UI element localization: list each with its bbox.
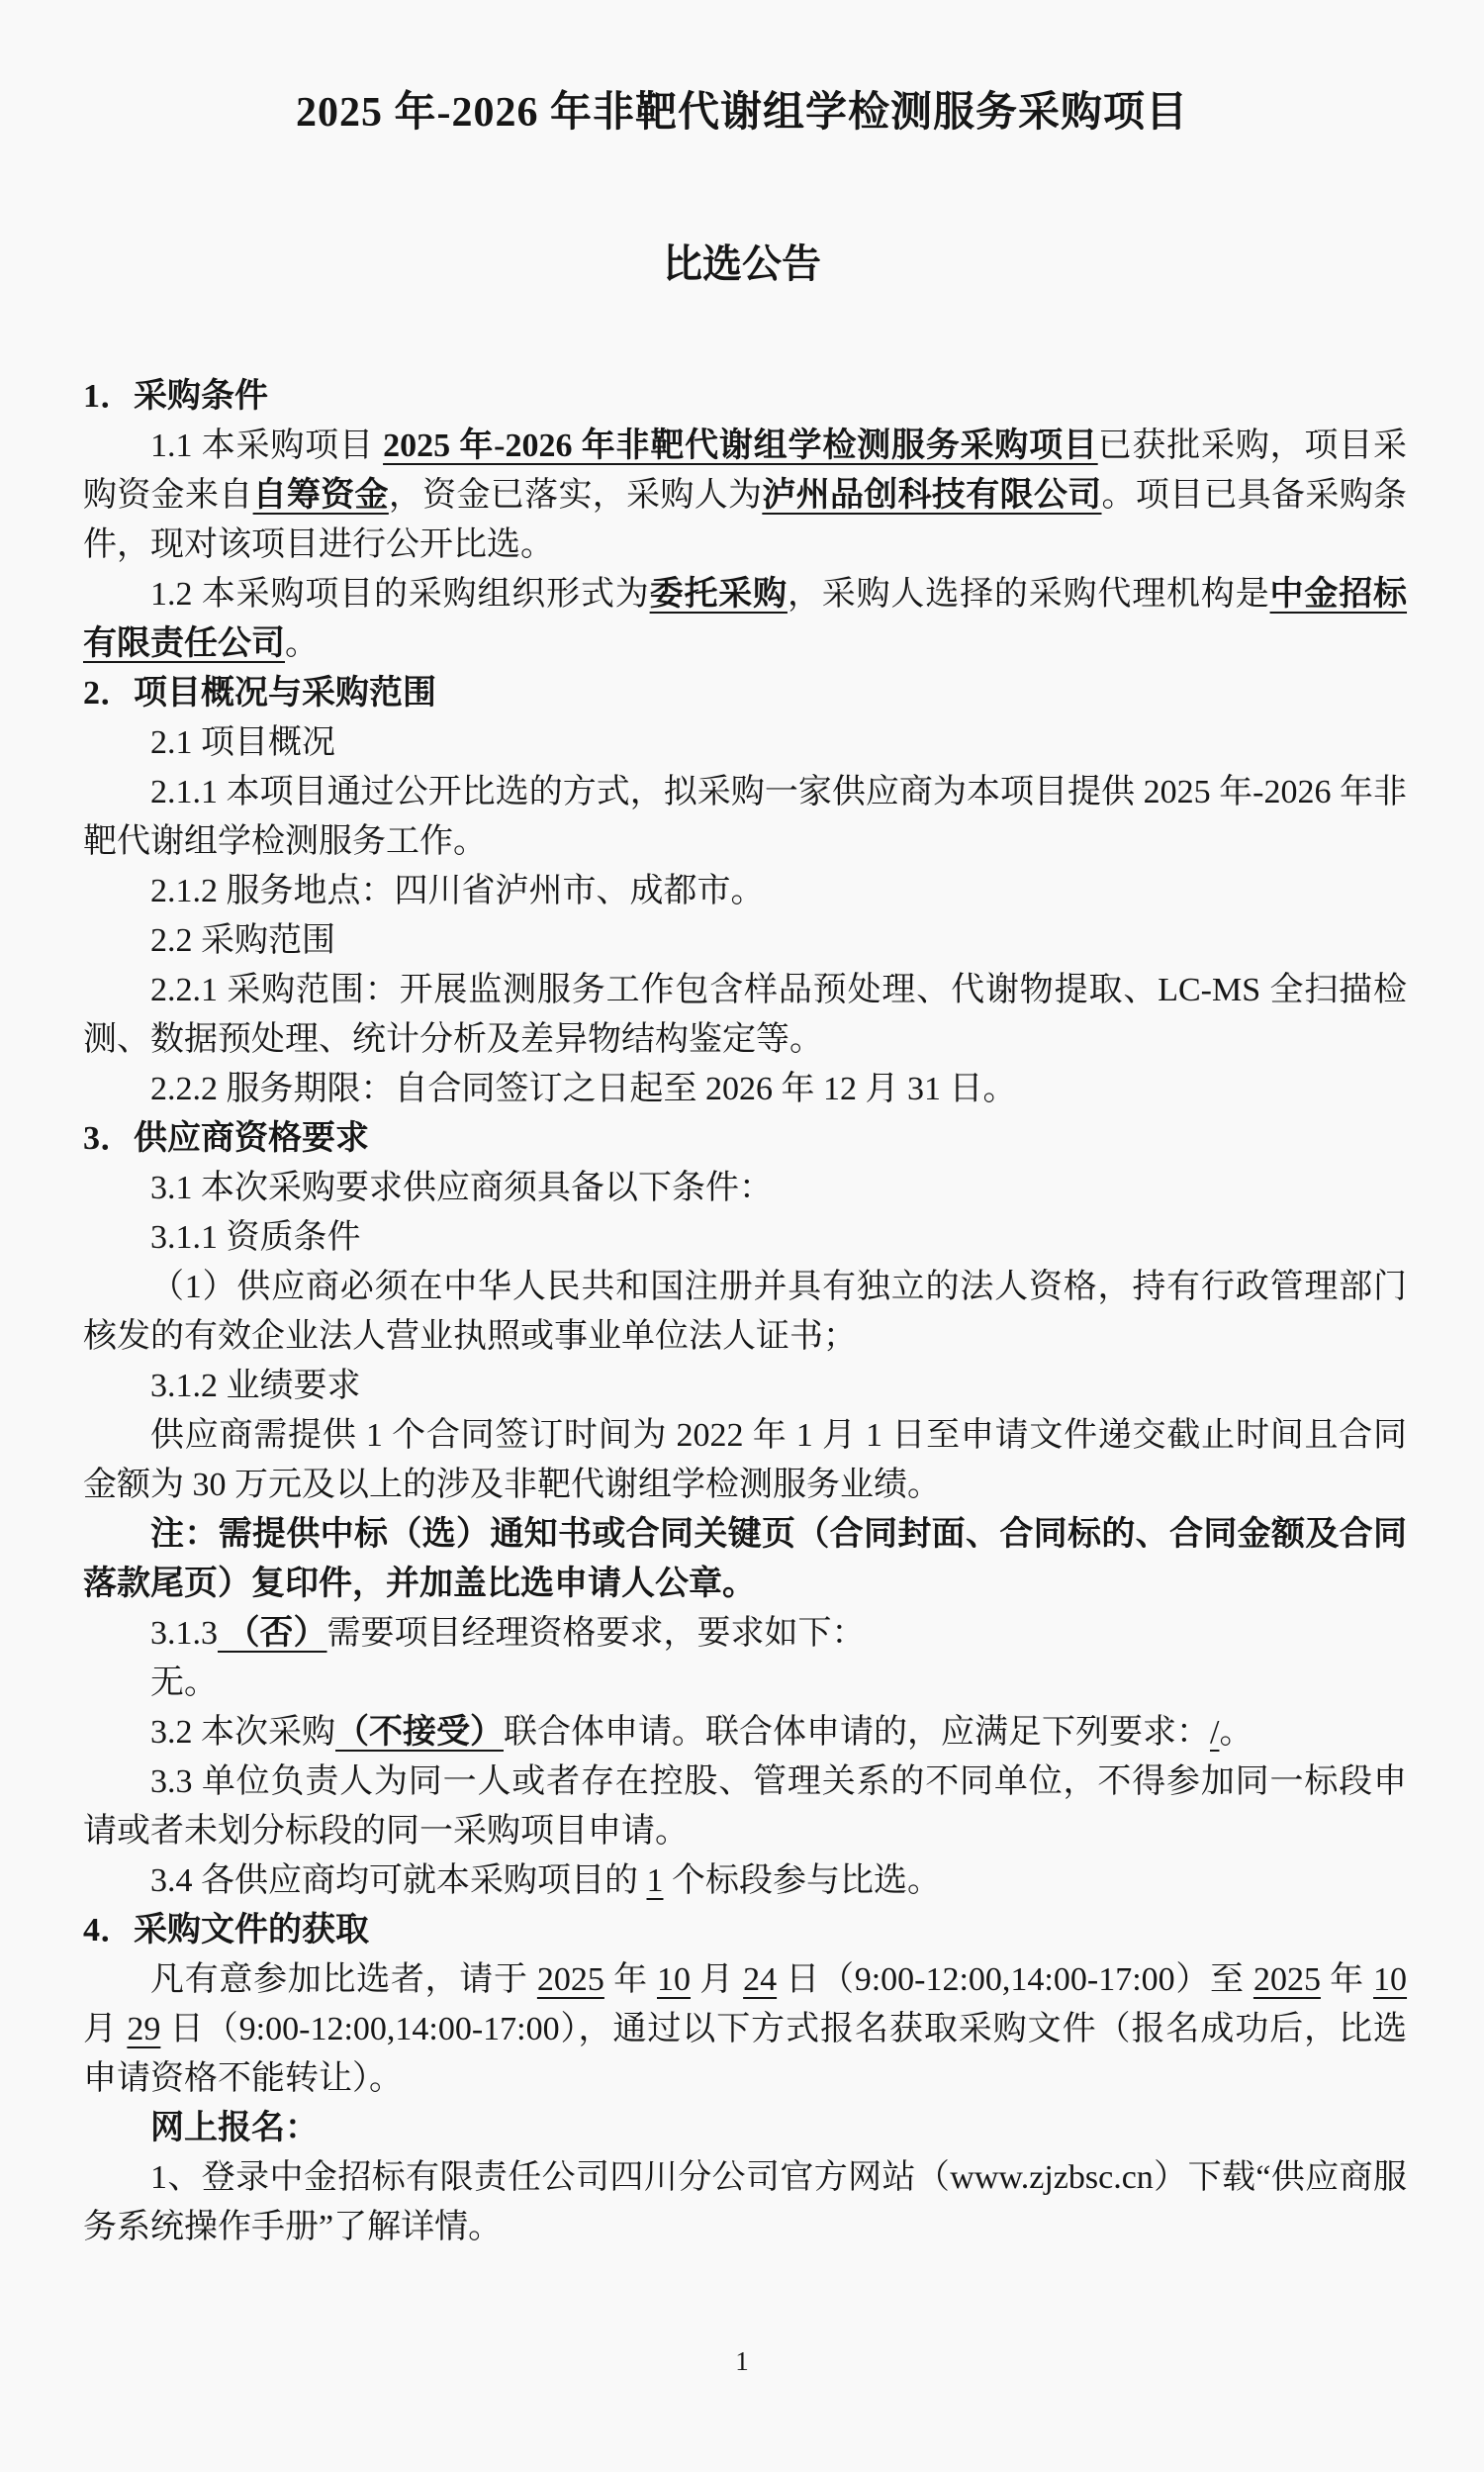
- paragraph: 1、登录中金招标有限责任公司四川分公司官方网站（www.zjzbsc.cn）下载…: [83, 2153, 1407, 2252]
- text-run: 年: [1321, 1961, 1373, 1998]
- paragraph: 2.1.1 本项目通过公开比选的方式，拟采购一家供应商为本项目提供 2025 年…: [83, 768, 1407, 867]
- text-run: 3.1.2 业绩要求: [150, 1368, 361, 1404]
- paragraph: 供应商需提供 1 个合同签订时间为 2022 年 1 月 1 日至申请文件递交截…: [83, 1411, 1407, 1510]
- text-run: 24: [743, 1961, 777, 1998]
- text-run: 2.1.1 本项目通过公开比选的方式，拟采购一家供应商为本项目提供 2025 年…: [83, 774, 1407, 860]
- text-run: 2．项目概况与采购范围: [83, 675, 436, 712]
- paragraph: 1.2 本采购项目的采购组织形式为委托采购，采购人选择的采购代理机构是中金招标有…: [83, 570, 1407, 669]
- paragraph: 网上报名：: [83, 2104, 1407, 2153]
- text-run: 3.1.3: [150, 1615, 218, 1652]
- paragraph: 3.2 本次采购（不接受）联合体申请。联合体申请的，应满足下列要求：/。: [83, 1708, 1407, 1758]
- text-run: 2.2 采购范围: [150, 922, 335, 959]
- text-run: 10: [1373, 1961, 1407, 1998]
- text-run: 3.4 各供应商均可就本采购项目的: [150, 1862, 647, 1899]
- paragraph: 2.1.2 服务地点：四川省泸州市、成都市。: [83, 867, 1407, 916]
- text-run: 3.1.1 资质条件: [150, 1219, 361, 1256]
- paragraph: 注：需提供中标（选）通知书或合同关键页（合同封面、合同标的、合同金额及合同落款尾…: [83, 1510, 1407, 1609]
- paragraph: 2.2.1 采购范围：开展监测服务工作包含样品预处理、代谢物提取、LC-MS 全…: [83, 966, 1407, 1065]
- text-run: 。: [1219, 1714, 1252, 1751]
- paragraph: （1）供应商必须在中华人民共和国注册并具有独立的法人资格，持有行政管理部门核发的…: [83, 1263, 1407, 1362]
- text-run: 2025: [537, 1961, 604, 1998]
- document-subtitle: 比选公告: [0, 239, 1484, 289]
- text-run: 网上报名：: [150, 2110, 319, 2146]
- paragraph: 2.1 项目概况: [83, 718, 1407, 768]
- text-run: 4．采购文件的获取: [83, 1912, 369, 1949]
- document-page: 2025 年-2026 年非靶代谢组学检测服务采购项目 比选公告 1．采购条件1…: [0, 0, 1484, 2472]
- text-run: 个标段参与比选。: [664, 1862, 942, 1899]
- text-run: 无。: [150, 1664, 218, 1701]
- text-run: 年: [604, 1961, 657, 1998]
- text-run: 10: [657, 1961, 691, 1998]
- page-number: 1: [735, 2346, 749, 2376]
- text-run: 1.2 本采购项目的采购组织形式为: [150, 576, 650, 613]
- text-run: （不接受）: [335, 1714, 504, 1751]
- text-run: 2025: [1253, 1961, 1321, 1998]
- paragraph: 2.2 采购范围: [83, 916, 1407, 966]
- text-run: ，采购人选择的采购代理机构是: [788, 576, 1270, 613]
- text-run: 月: [83, 2011, 127, 2047]
- paragraph: 3.1.2 业绩要求: [83, 1362, 1407, 1411]
- text-run: 联合体申请。联合体申请的，应满足下列要求：: [504, 1714, 1210, 1751]
- text-run: （否）: [218, 1615, 327, 1652]
- text-run: 供应商需提供 1 个合同签订时间为 2022 年 1 月 1 日至申请文件递交截…: [83, 1417, 1407, 1503]
- paragraph: 1.1 本采购项目 2025 年-2026 年非靶代谢组学检测服务采购项目已获批…: [83, 422, 1407, 570]
- text-run: 2.2.2 服务期限：自合同签订之日起至 2026 年 12 月 31 日。: [150, 1071, 1017, 1107]
- text-run: 2.2.1 采购范围：开展监测服务工作包含样品预处理、代谢物提取、LC-MS 全…: [83, 972, 1407, 1058]
- text-run: 2.1 项目概况: [150, 724, 335, 761]
- text-run: 3.2 本次采购: [150, 1714, 335, 1751]
- paragraph: 3.1.1 资质条件: [83, 1213, 1407, 1263]
- text-run: 3.3 单位负责人为同一人或者存在控股、管理关系的不同单位，不得参加同一标段申请…: [83, 1763, 1407, 1850]
- text-run: 注：需提供中标（选）通知书或合同关键页（合同封面、合同标的、合同金额及合同落款尾…: [83, 1516, 1407, 1602]
- text-run: 3．供应商资格要求: [83, 1120, 369, 1157]
- text-run: 1.1 本采购项目: [150, 428, 383, 464]
- paragraph: 3.3 单位负责人为同一人或者存在控股、管理关系的不同单位，不得参加同一标段申请…: [83, 1758, 1407, 1856]
- text-run: 1: [647, 1862, 664, 1899]
- text-run: 需要项目经理资格要求，要求如下：: [327, 1615, 866, 1652]
- text-run: 。: [285, 625, 319, 662]
- paragraph: 3.4 各供应商均可就本采购项目的 1 个标段参与比选。: [83, 1856, 1407, 1906]
- text-run: 3.1 本次采购要求供应商须具备以下条件：: [150, 1170, 773, 1206]
- text-run: 月: [691, 1961, 743, 1998]
- section-heading: 4．采购文件的获取: [83, 1906, 1407, 1955]
- text-run: 泸州品创科技有限公司: [762, 477, 1101, 514]
- text-run: 29: [127, 2011, 160, 2047]
- section-heading: 2．项目概况与采购范围: [83, 669, 1407, 718]
- paragraph: 2.2.2 服务期限：自合同签订之日起至 2026 年 12 月 31 日。: [83, 1065, 1407, 1114]
- text-run: 2025 年-2026 年非靶代谢组学检测服务采购项目: [383, 428, 1098, 464]
- text-run: 1、登录中金招标有限责任公司四川分公司官方网站（www.zjzbsc.cn）下载…: [83, 2159, 1407, 2245]
- paragraph: 无。: [83, 1659, 1407, 1708]
- document-body: 1．采购条件1.1 本采购项目 2025 年-2026 年非靶代谢组学检测服务采…: [0, 372, 1484, 2252]
- text-run: 自筹资金: [253, 477, 389, 514]
- text-run: 日（9:00-12:00,14:00-17:00）至: [777, 1961, 1253, 1998]
- text-run: 日（9:00-12:00,14:00-17:00），通过以下方式报名获取采购文件…: [83, 2011, 1407, 2097]
- text-run: 1．采购条件: [83, 378, 268, 415]
- section-heading: 3．供应商资格要求: [83, 1114, 1407, 1164]
- text-run: 凡有意参加比选者，请于: [150, 1961, 537, 1998]
- document-title: 2025 年-2026 年非靶代谢组学检测服务采购项目: [0, 0, 1484, 139]
- paragraph: 凡有意参加比选者，请于 2025 年 10 月 24 日（9:00-12:00,…: [83, 1955, 1407, 2104]
- text-run: 委托采购: [650, 576, 788, 613]
- page-footer: 1: [0, 2346, 1484, 2377]
- text-run: （1）供应商必须在中华人民共和国注册并具有独立的法人资格，持有行政管理部门核发的…: [83, 1269, 1407, 1355]
- section-heading: 1．采购条件: [83, 372, 1407, 422]
- paragraph: 3.1.3 （否）需要项目经理资格要求，要求如下：: [83, 1609, 1407, 1659]
- text-run: 2.1.2 服务地点：四川省泸州市、成都市。: [150, 873, 765, 909]
- paragraph: 3.1 本次采购要求供应商须具备以下条件：: [83, 1164, 1407, 1213]
- text-run: ，资金已落实，采购人为: [389, 477, 762, 514]
